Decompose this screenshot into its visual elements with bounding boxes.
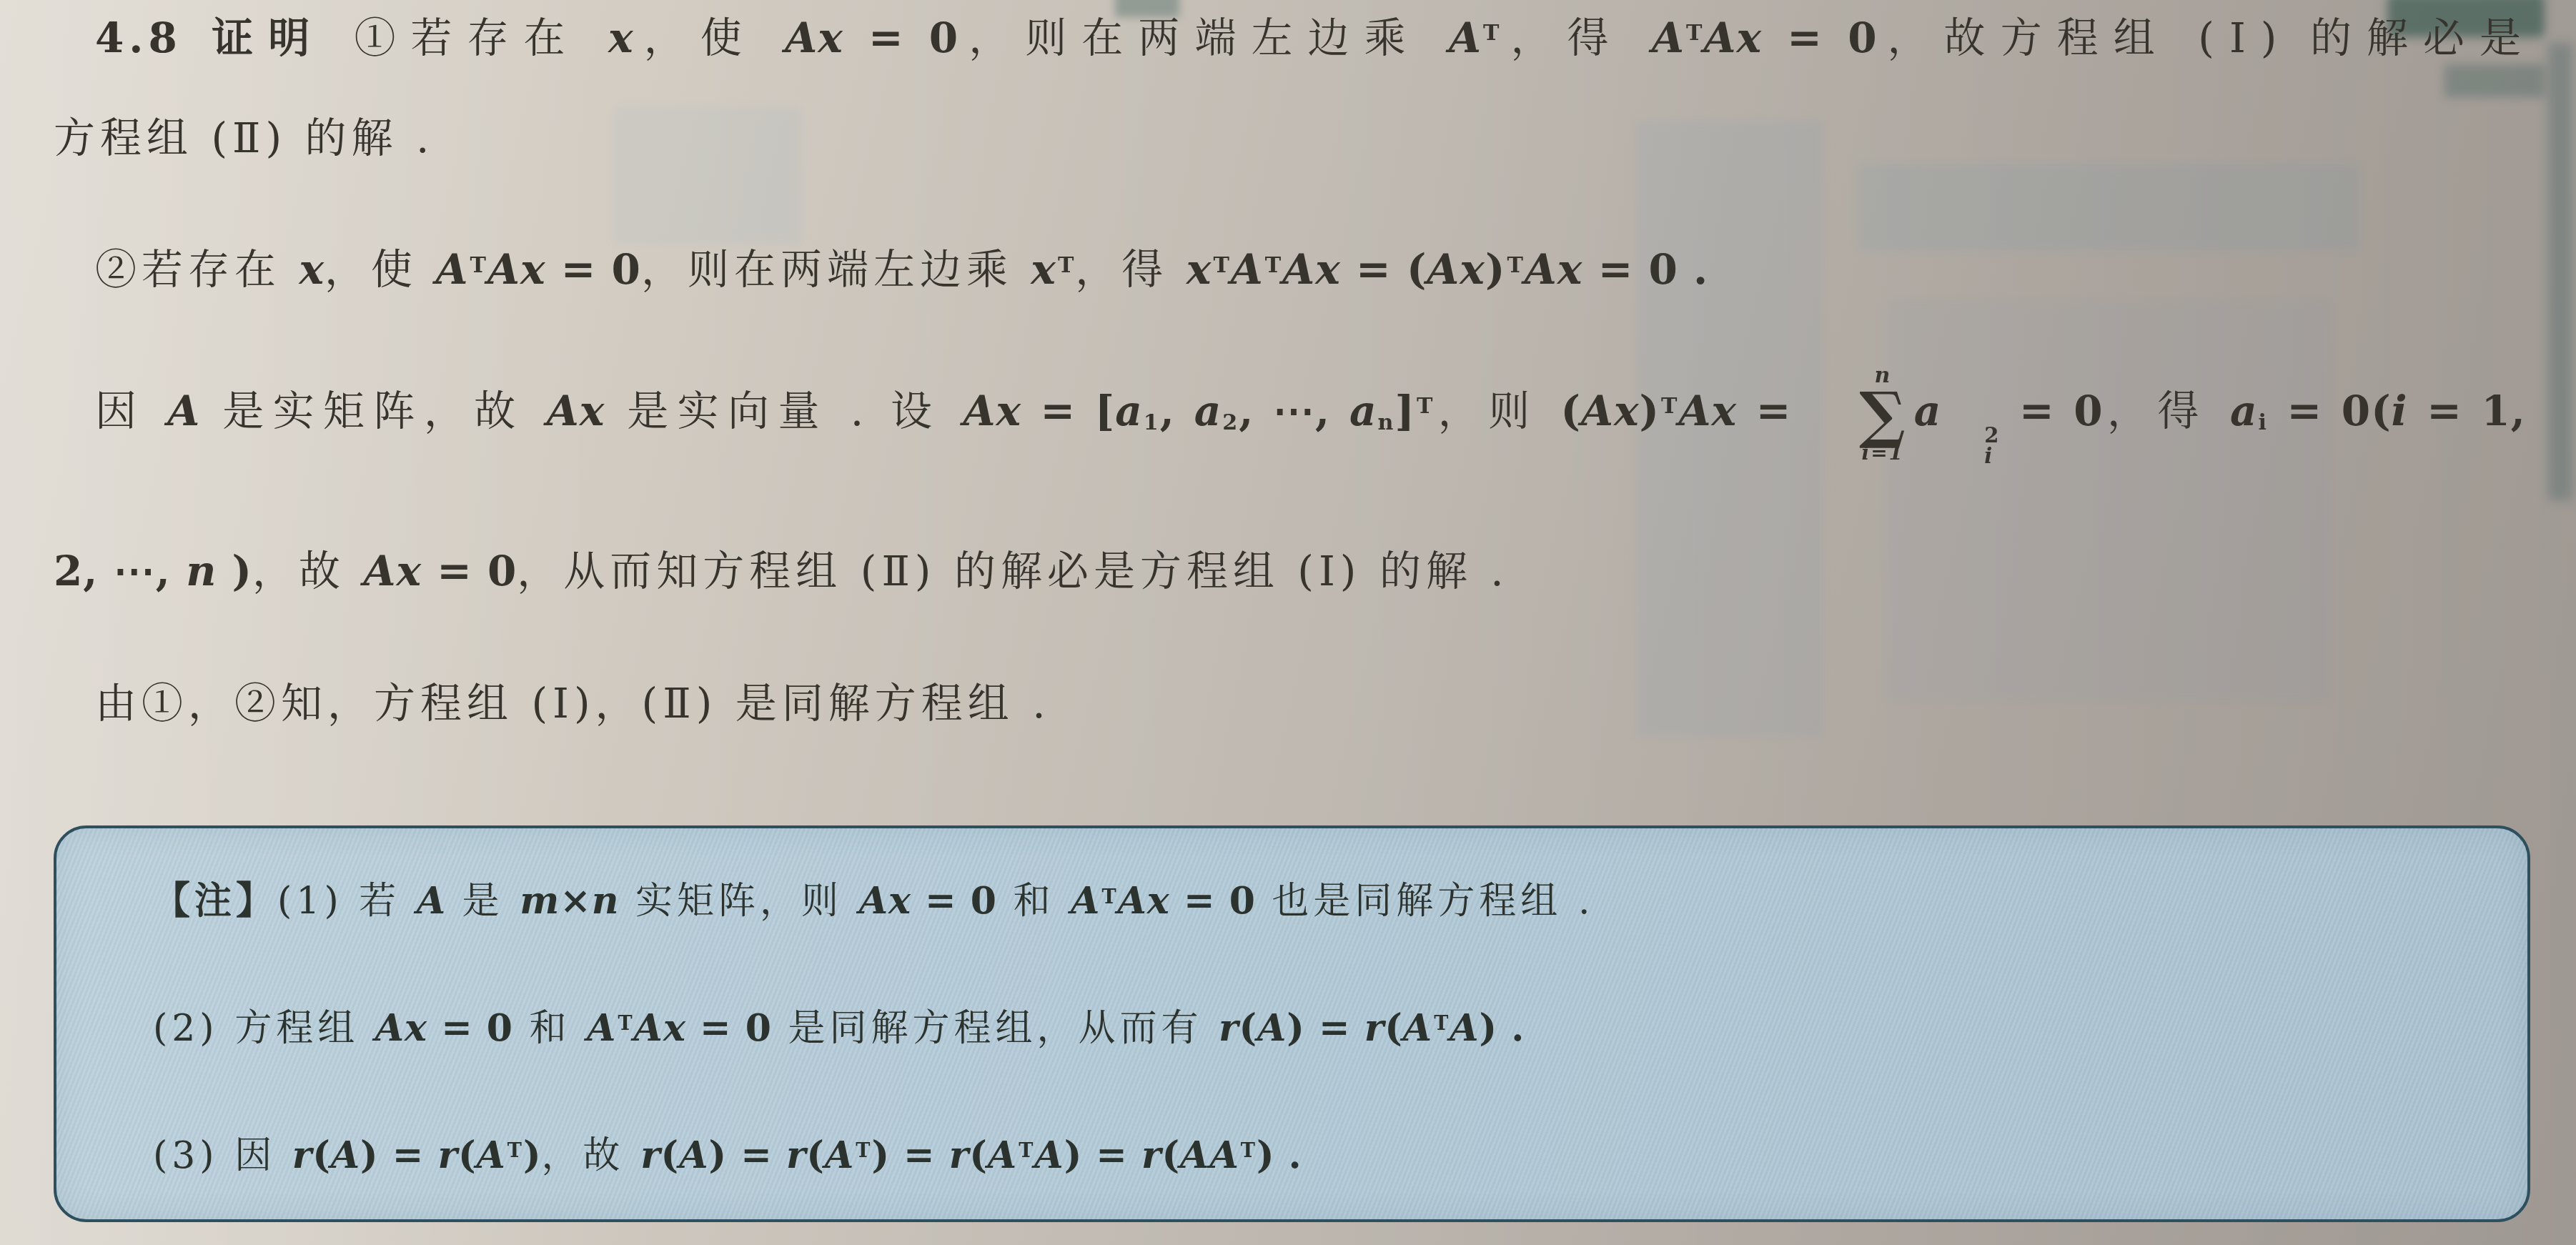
math-run: an (1349, 387, 1395, 435)
math-run: r (437, 1134, 457, 1177)
math-run: AT (587, 1007, 633, 1050)
math-run: a2i (1914, 387, 2001, 435)
math-run: Ax (547, 387, 605, 435)
math-run: A (1034, 1134, 1064, 1177)
math-run: A (331, 1134, 360, 1177)
textbook-page: 4.8 证明 ①若存在 x，使 Ax = 0，则在两端左边乘 AT，得 ATAx… (0, 0, 2576, 1245)
math-run: ) . (1257, 1134, 1302, 1177)
math-run: r (949, 1134, 969, 1177)
math-run: Ax (634, 1007, 686, 1050)
math-run: AAT (1180, 1134, 1257, 1177)
text-run: 是 (446, 880, 520, 923)
math-run: n (186, 547, 217, 595)
text-run: 是同解方程组，从而有 (772, 1007, 1219, 1050)
math-run: ( (806, 1134, 825, 1177)
math-run: Ax (1118, 880, 1170, 923)
math-run: Ax (1525, 245, 1583, 294)
math-run: = 0 (686, 1007, 772, 1050)
math-run: , ⋯, (1239, 387, 1349, 435)
math-run: , (1160, 387, 1194, 435)
math-run: )T (1485, 245, 1525, 294)
math-run: x (299, 245, 325, 294)
math-run: AT (1231, 245, 1282, 294)
math-run: = (1737, 387, 1810, 435)
text-run: ②若存在 (95, 245, 299, 294)
math-run: ( (661, 1134, 680, 1177)
summation-symbol: n∑i=1 (1818, 365, 1907, 463)
math-run: AT (1071, 880, 1117, 923)
note-line: (2) 方程组 Ax = 0 和 ATAx = 0 是同解方程组，从而有 r(A… (153, 1007, 2485, 1051)
math-run: AT (1652, 14, 1703, 62)
math-run: r (292, 1134, 312, 1177)
math-run: ( (969, 1134, 988, 1177)
math-run: = 0( (2268, 387, 2392, 435)
math-run: A (1450, 1007, 1479, 1050)
math-run: a1 (1115, 387, 1160, 435)
math-run: A (417, 880, 446, 923)
text-run: ，得 (1500, 14, 1652, 62)
math-run: ) = (709, 1134, 786, 1177)
math-run: = [ (1021, 387, 1115, 435)
text-run: 因 (95, 387, 167, 435)
math-run: ( (1161, 1134, 1180, 1177)
math-run: = 0 (546, 245, 641, 294)
math-run: ( (1239, 1007, 1257, 1050)
math-run: = 0 (422, 547, 517, 595)
math-run: ) (217, 547, 252, 595)
math-run: ) (523, 1134, 542, 1177)
math-run: Ax (1678, 387, 1737, 435)
text-run: ，则 (1434, 387, 1560, 435)
math-run: r (1219, 1007, 1239, 1050)
note-line: 【注】(1) 若 A 是 m×n 实矩阵，则 Ax = 0 和 ATAx = 0… (153, 880, 2485, 923)
math-run: AT (1449, 14, 1500, 62)
math-run: r (1364, 1007, 1384, 1050)
text-run: ①若存在 (354, 14, 608, 62)
text-run: ，则在两端左边乘 (958, 14, 1449, 62)
text-run: (2) 方程组 (153, 1007, 375, 1050)
text-run: ，故 (542, 1134, 641, 1177)
math-run: ) = (1287, 1007, 1364, 1050)
text-run: 和 (997, 880, 1071, 923)
text-run: 4.8 证明 (95, 14, 354, 62)
math-run: ) = (360, 1134, 437, 1177)
sub-sup-script: 2i (1943, 425, 2000, 467)
math-run: Ax (1427, 245, 1485, 294)
math-run: ( (1384, 1007, 1403, 1050)
text-run: 是实向量 . 设 (605, 387, 963, 435)
text-run: 【注】 (153, 880, 277, 923)
math-run: = 1, (2408, 387, 2526, 435)
text-run: ，故方程组 (Ⅰ) 的解必是 (1878, 14, 2526, 62)
body-line: 4.8 证明 ①若存在 x，使 Ax = 0，则在两端左边乘 AT，得 ATAx… (54, 14, 2526, 62)
math-run: ]T (1394, 387, 1434, 435)
math-run: ai (2230, 387, 2268, 435)
math-run: n (592, 880, 620, 923)
body-line: ②若存在 x，使 ATAx = 0，则在两端左边乘 xT，得 xTATAx = … (54, 246, 2526, 294)
math-run: = 0 (1762, 14, 1877, 62)
math-run: ) . (1480, 1007, 1525, 1050)
math-run: AT (988, 1134, 1034, 1177)
math-run: AT (477, 1134, 523, 1177)
math-run: A (679, 1134, 708, 1177)
text-run: 方程组 (Ⅱ) 的解 . (54, 114, 434, 162)
math-run: i (2392, 387, 2408, 435)
text-run: ，得 (2104, 387, 2230, 435)
note-line: (3) 因 r(A) = r(AT)，故 r(A) = r(AT) = r(AT… (153, 1134, 2485, 1178)
text-run: ，从而知方程组 (Ⅱ) 的解必是方程组 (Ⅰ) 的解 . (517, 547, 1508, 595)
math-run: = 0 . (1582, 245, 1708, 294)
math-run: AT (825, 1134, 871, 1177)
math-run: × (560, 880, 592, 923)
math-run: r (640, 1134, 660, 1177)
text-run: ，得 (1075, 245, 1186, 294)
math-run: Ax (963, 387, 1021, 435)
math-run: = 0 (843, 14, 958, 62)
text-run: 是实矩阵，故 (200, 387, 546, 435)
text-run: ，使 (325, 245, 435, 294)
math-run: m (520, 880, 560, 923)
math-run: Ax (1581, 387, 1640, 435)
body-line: 由①，②知，方程组 (Ⅰ)，(Ⅱ) 是同解方程组 . (54, 680, 2526, 728)
text-run: 和 (513, 1007, 587, 1050)
math-run: 2, ⋯, (54, 547, 186, 595)
math-run: xT (1031, 245, 1075, 294)
math-run: r (786, 1134, 806, 1177)
note-box: 【注】(1) 若 A 是 m×n 实矩阵，则 Ax = 0 和 ATAx = 0… (54, 825, 2530, 1221)
math-run: = 0 (911, 880, 997, 923)
math-run: AT (435, 245, 487, 294)
math-run: = 0 (2000, 387, 2103, 435)
body-line: 因 A 是实矩阵，故 Ax 是实向量 . 设 Ax = [a1, a2, ⋯, … (54, 365, 2526, 467)
math-run: a2 (1194, 387, 1239, 435)
text-run: (1) 若 (277, 880, 417, 923)
body-line: 2, ⋯, n )，故 Ax = 0，从而知方程组 (Ⅱ) 的解必是方程组 (Ⅰ… (54, 547, 2526, 595)
text-run: (3) 因 (153, 1134, 292, 1177)
math-run: xT (1187, 245, 1231, 294)
math-run: Ax (375, 1007, 427, 1050)
math-run: = ( (1341, 245, 1427, 294)
text-run: ，使 (634, 14, 786, 62)
proof-text: 4.8 证明 ①若存在 x，使 Ax = 0，则在两端左边乘 AT，得 ATAx… (0, 0, 2576, 727)
text-run: 实矩阵，则 (620, 880, 859, 923)
math-run: Ax (859, 880, 911, 923)
math-run: = 0 (1170, 880, 1256, 923)
math-run: = 0 (427, 1007, 513, 1050)
math-run: ) = (1064, 1134, 1141, 1177)
math-run: r (1141, 1134, 1161, 1177)
math-run: ) = (871, 1134, 948, 1177)
math-run: AT (1403, 1007, 1450, 1050)
math-run: x (608, 14, 634, 62)
math-run: Ax (1282, 245, 1341, 294)
math-run: ( (458, 1134, 477, 1177)
math-run: ( (312, 1134, 331, 1177)
math-run: A (1257, 1007, 1287, 1050)
math-run: Ax (785, 14, 843, 62)
text-run: ，故 (252, 547, 363, 595)
math-run: ( (1561, 387, 1581, 435)
math-run: A (167, 387, 200, 435)
text-run: ，则在两端左边乘 (641, 245, 1031, 294)
math-run: )T (1640, 387, 1679, 435)
body-line: 方程组 (Ⅱ) 的解 . (54, 114, 2526, 162)
math-run: Ax (1704, 14, 1763, 62)
text-run: 也是同解方程组 . (1256, 880, 1595, 923)
math-run: Ax (363, 547, 422, 595)
text-run: 由①，②知，方程组 (Ⅰ)，(Ⅱ) 是同解方程组 . (95, 679, 1051, 728)
math-run: Ax (487, 245, 546, 294)
